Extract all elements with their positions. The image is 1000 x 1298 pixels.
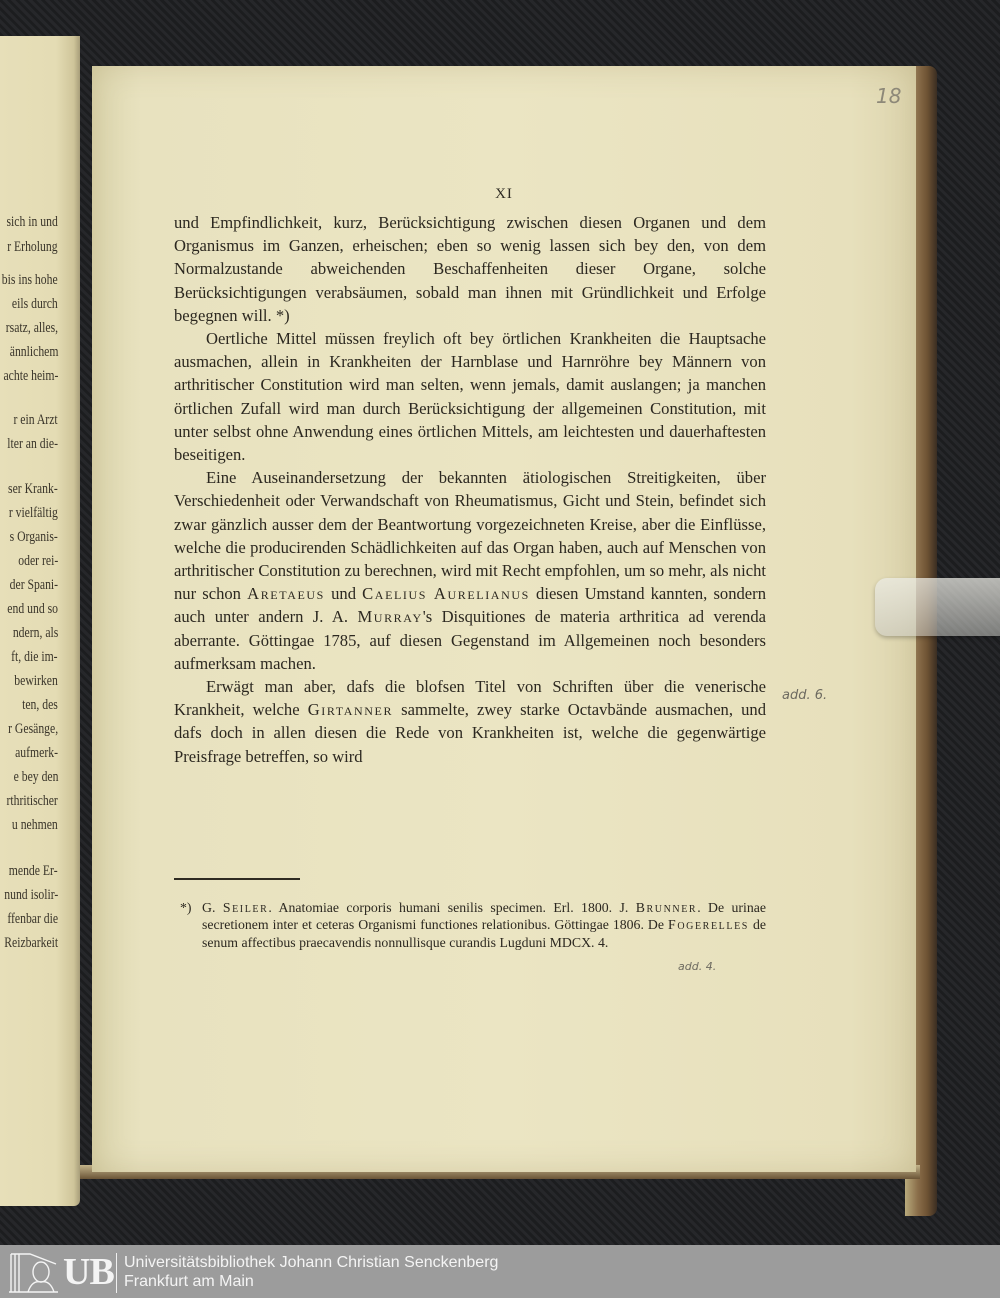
left-page-fragment: sich in undr Erholungbis ins hoheeils du… bbox=[0, 36, 80, 1206]
left-page-line: u nehmen bbox=[12, 817, 58, 834]
paragraph: Oertliche Mittel müssen freylich oft bey… bbox=[174, 327, 766, 466]
left-page-line: rthritischer bbox=[7, 793, 58, 810]
library-footer-bar: UB Universitätsbibliothek Johann Christi… bbox=[0, 1245, 1000, 1298]
left-page-line: ten, des bbox=[22, 697, 58, 714]
bookmark-tab bbox=[875, 578, 1000, 636]
body-text: und Empfindlichkeit, kurz, Berücksichtig… bbox=[174, 211, 766, 768]
left-page-line: ft, die im- bbox=[12, 649, 58, 666]
author-name: Aretaeus bbox=[247, 584, 325, 603]
left-page-line: end und so bbox=[7, 601, 58, 618]
left-page-line: eils durch bbox=[12, 296, 58, 313]
institution-city: Frankfurt am Main bbox=[124, 1273, 254, 1291]
footnote-text: G. Seiler. Anatomiae corporis humani sen… bbox=[202, 900, 766, 950]
left-page-line: ffenbar die bbox=[7, 911, 58, 928]
paragraph: und Empfindlichkeit, kurz, Berücksichtig… bbox=[174, 211, 766, 327]
right-page: 18 XI und Empfindlichkeit, kurz, Berücks… bbox=[92, 66, 916, 1172]
left-page-line: ndern, als bbox=[13, 625, 58, 642]
footnote: *) G. Seiler. Anatomiae corporis humani … bbox=[202, 899, 766, 951]
author-name: Girtanner bbox=[308, 700, 393, 719]
left-page-line: r vielfältig bbox=[9, 505, 58, 522]
margin-annotation: add. 6. bbox=[782, 688, 827, 703]
left-page-line: rsatz, alles, bbox=[6, 320, 58, 337]
text-run: G. bbox=[202, 900, 223, 915]
text-run: Eine Auseinandersetzung der bekannten ät… bbox=[174, 468, 766, 603]
left-page-line: r ein Arzt bbox=[14, 412, 58, 429]
author-name: Brunner bbox=[636, 900, 698, 915]
author-name: Murray bbox=[357, 607, 422, 626]
left-page-line: bewirken bbox=[14, 673, 58, 690]
left-page-line: e bey den bbox=[13, 769, 58, 786]
left-page-line: mende Er- bbox=[9, 863, 58, 880]
institution-name: Universitätsbibliothek Johann Christian … bbox=[124, 1254, 498, 1272]
footnote-marker: *) bbox=[180, 899, 192, 916]
left-page-line: lter an die- bbox=[7, 436, 58, 453]
author-name: Fogerelles bbox=[668, 917, 749, 932]
text-run: . Anatomiae corporis humani senilis spec… bbox=[268, 900, 635, 915]
footnote-annotation: add. 4. bbox=[678, 960, 716, 973]
portrait-emblem-icon bbox=[8, 1250, 60, 1294]
left-page-line: oder rei- bbox=[18, 553, 58, 570]
page-number: XI bbox=[92, 186, 916, 203]
text-run: und Empfindlichkeit, kurz, Berücksichtig… bbox=[174, 213, 766, 325]
left-page-line: aufmerk- bbox=[15, 745, 58, 762]
logo-text: UB bbox=[63, 1250, 114, 1294]
author-name: Seiler bbox=[223, 900, 269, 915]
paragraph: Erwägt man aber, dafs die blofsen Titel … bbox=[174, 675, 766, 768]
left-page-line: r Gesänge, bbox=[8, 721, 58, 738]
left-page-line: der Spani- bbox=[10, 577, 58, 594]
text-run: und bbox=[325, 584, 362, 603]
footer-divider bbox=[116, 1253, 117, 1293]
left-page-line: sich in und bbox=[7, 214, 58, 231]
left-page-line: s Organis- bbox=[10, 529, 58, 546]
left-page-line: ser Krank- bbox=[8, 481, 58, 498]
library-logo[interactable]: UB bbox=[8, 1250, 114, 1294]
left-page-line: nund isolir- bbox=[4, 887, 58, 904]
footnote-rule bbox=[174, 878, 300, 880]
author-name: Caelius Aurelianus bbox=[362, 584, 530, 603]
left-page-line: r Erholung bbox=[8, 239, 58, 256]
paragraph: Eine Auseinandersetzung der bekannten ät… bbox=[174, 466, 766, 675]
left-page-line: achte heim- bbox=[3, 368, 58, 385]
text-run: Oertliche Mittel müssen freylich oft bey… bbox=[174, 329, 766, 464]
pencil-folio-number: 18 bbox=[876, 84, 901, 108]
left-page-line: ännlichem bbox=[9, 344, 58, 361]
left-page-line: Reizbarkeit bbox=[4, 935, 58, 952]
left-page-line: bis ins hohe bbox=[2, 272, 58, 289]
